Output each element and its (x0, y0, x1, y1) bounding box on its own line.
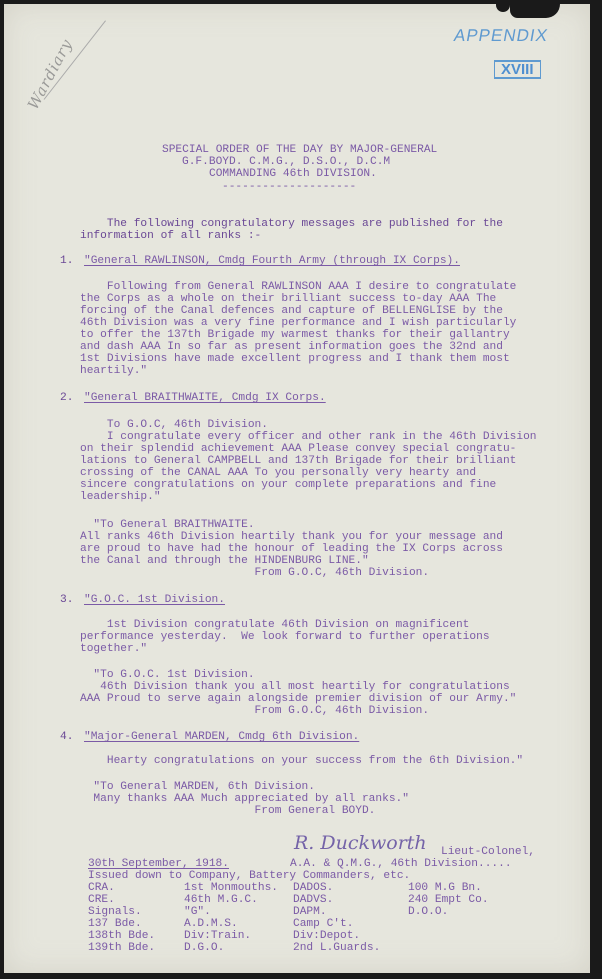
distribution-item: D.O.O. (408, 907, 448, 919)
message-3-line: performance yesterday. We look forward t… (80, 632, 490, 644)
message-1-line: 46th Division was a very fine performanc… (80, 318, 516, 330)
message-3-reply-sign: From G.O.C, 46th Division. (80, 706, 429, 718)
distribution-item: DADOS. (293, 883, 333, 895)
distribution-item: 46th M.G.C. (184, 895, 258, 907)
distribution-item: Div:Depot. (293, 931, 360, 943)
message-2-reply-sign: From G.O.C, 46th Division. (80, 568, 429, 580)
distribution-item: 138th Bde. (88, 931, 155, 943)
message-3-number: 3. (60, 595, 73, 607)
distribution-item: A.D.M.S. (184, 919, 238, 931)
pencil-annotation: Wardiary (24, 36, 76, 113)
appendix-number: XVIII (494, 60, 541, 79)
message-2-title: "General BRAITHWAITE, Cmdg IX Corps. (84, 393, 326, 405)
distribution-item: 137 Bde. (88, 919, 142, 931)
message-1-line: heartily." (80, 366, 147, 378)
message-4-title: "Major-General MARDEN, Cmdg 6th Division… (84, 732, 359, 744)
message-2-line: sincere congratulations on your complete… (80, 480, 496, 492)
message-2-line: To G.O.C, 46th Division. (80, 420, 268, 432)
message-4-reply-line: Many thanks AAA Much appreciated by all … (80, 794, 409, 806)
message-1-line: forcing of the Canal defences and captur… (80, 306, 503, 318)
message-3-title: "G.O.C. 1st Division. (84, 595, 225, 607)
message-4-reply-sign: From General BOYD. (80, 806, 375, 818)
message-2-line: I congratulate every officer and other r… (80, 432, 537, 444)
message-2-line: crossing of the CANAL AAA To you persona… (80, 468, 476, 480)
distribution-item: 240 Empt Co. (408, 895, 489, 907)
heading-line-3: COMMANDING 46th DIVISION. (209, 169, 377, 181)
distribution-item: D.G.O. (184, 943, 224, 955)
message-1-number: 1. (60, 256, 73, 268)
distribution-item: Div:Train. (184, 931, 251, 943)
distribution-item: "G". (184, 907, 211, 919)
message-3-reply-line: "To G.O.C. 1st Division. (80, 670, 255, 682)
heading-rule: -------------------- (222, 182, 356, 194)
message-2-line: on their splendid achievement AAA Please… (80, 444, 516, 456)
message-2-reply-line: are proud to have had the honour of lead… (80, 544, 503, 556)
distribution-item: DAPM. (293, 907, 327, 919)
message-1-line: Following from General RAWLINSON AAA I d… (80, 282, 516, 294)
message-3-reply-line: AAA Proud to serve again alongside premi… (80, 694, 516, 706)
distribution-item: 2nd L.Guards. (293, 943, 380, 955)
appendix-label: APPENDIX (452, 26, 550, 46)
distribution-item: CRA. (88, 883, 115, 895)
distribution-item: DADVS. (293, 895, 333, 907)
handwritten-signature: R. Duckworth (294, 832, 427, 854)
torn-edge (496, 4, 510, 12)
distribution-header: Issued down to Company, Battery Commande… (88, 871, 410, 883)
message-1-line: the Corps as a whole on their brilliant … (80, 294, 496, 306)
message-3-reply-line: 46th Division thank you all most heartil… (80, 682, 510, 694)
intro-line-1: The following congratulatory messages ar… (80, 219, 503, 231)
distribution-item: Camp C't. (293, 919, 353, 931)
distribution-item: 1st Monmouths. (184, 883, 278, 895)
message-2-number: 2. (60, 393, 73, 405)
message-4-number: 4. (60, 732, 73, 744)
message-1-line: and dash AAA In so far as present inform… (80, 342, 503, 354)
message-2-reply-line: All ranks 46th Division heartily thank y… (80, 532, 503, 544)
signature-rank: Lieut-Colonel, (441, 847, 535, 859)
distribution-item: Signals. (88, 907, 142, 919)
document-page: Wardiary APPENDIX XVIII SPECIAL ORDER OF… (4, 4, 590, 973)
heading-line-2: G.F.BOYD. C.M.G., D.S.O., D.C.M (182, 157, 390, 169)
signature-appointment: A.A. & Q.M.G., 46th Division..... (290, 859, 512, 871)
torn-corner (510, 4, 560, 18)
message-1-line: 1st Divisions have made excellent progre… (80, 354, 510, 366)
heading-line-1: SPECIAL ORDER OF THE DAY BY MAJOR-GENERA… (162, 145, 437, 157)
distribution-item: CRE. (88, 895, 115, 907)
message-2-reply-line: the Canal and through the HINDENBURG LIN… (80, 556, 369, 568)
message-2-line: lations to General CAMPBELL and 137th Br… (80, 456, 516, 468)
message-1-title: "General RAWLINSON, Cmdg Fourth Army (th… (84, 256, 460, 268)
message-3-line: 1st Division congratulate 46th Division … (80, 620, 469, 632)
message-4-line: Hearty congratulations on your success f… (80, 756, 523, 768)
message-3-line: together." (80, 644, 147, 656)
intro-line-2: information of all ranks :- (80, 231, 261, 243)
message-1-line: to offer the 137th Brigade my warmest th… (80, 330, 510, 342)
distribution-item: 100 M.G Bn. (408, 883, 482, 895)
order-date: 30th September, 1918. (88, 859, 229, 871)
message-2-reply-line: "To General BRAITHWAITE. (80, 520, 255, 532)
distribution-item: 139th Bde. (88, 943, 155, 955)
message-2-line: leadership." (80, 492, 161, 504)
message-4-reply-line: "To General MARDEN, 6th Division. (80, 782, 315, 794)
